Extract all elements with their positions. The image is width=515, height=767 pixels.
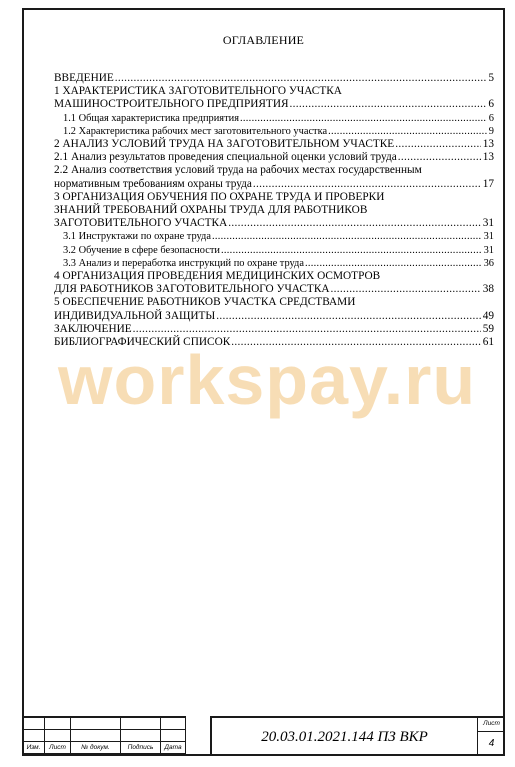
toc-entry-title: 3.1 Инструктажи по охране труда [63, 230, 211, 243]
toc-entry-title: ДЛЯ РАБОТНИКОВ ЗАГОТОВИТЕЛЬНОГО УЧАСТКА [54, 283, 330, 296]
col-change-label: Изм. [23, 741, 45, 753]
col-signature-label: Подпись [121, 741, 161, 753]
dot-leader [305, 257, 482, 270]
toc-entry-ch2-2[interactable]: нормативным требованиям охраны труда17 [54, 178, 494, 191]
toc-page-number: 6 [489, 112, 494, 125]
sheet-number: 4 [478, 732, 505, 756]
dot-leader [328, 125, 487, 138]
toc-page-number: 6 [488, 98, 494, 111]
page-frame: ОГЛАВЛЕНИЕ ВВЕДЕНИЕ51 ХАРАКТЕРИСТИКА ЗАГ… [22, 8, 505, 756]
toc-entry-line: 3 ОРГАНИЗАЦИЯ ОБУЧЕНИЯ ПО ОХРАНЕ ТРУДА И… [54, 191, 494, 204]
col-date-label: Дата [161, 741, 186, 753]
toc-entry-ch5[interactable]: ИНДИВИДУАЛЬНОЙ ЗАЩИТЫ49 [54, 310, 494, 323]
toc-page-number: 59 [483, 323, 494, 336]
sheet-label: Лист [478, 718, 505, 732]
toc-entry-title: 1.2 Характеристика рабочих мест заготови… [63, 125, 327, 138]
dot-leader [221, 244, 482, 257]
dot-leader [212, 230, 482, 243]
toc-page-number: 49 [483, 310, 494, 323]
toc-entry-title: 1.1 Общая характеристика предприятия [63, 112, 239, 125]
toc-entry-title: БИБЛИОГРАФИЧЕСКИЙ СПИСОК [54, 336, 230, 349]
document-code: 20.03.01.2021.144 ПЗ ВКР [210, 716, 477, 756]
toc-page-number: 13 [483, 151, 494, 164]
toc-entry-ch4[interactable]: ДЛЯ РАБОТНИКОВ ЗАГОТОВИТЕЛЬНОГО УЧАСТКА3… [54, 283, 494, 296]
toc-entry-intro[interactable]: ВВЕДЕНИЕ5 [54, 72, 494, 85]
revision-table: Изм. Лист № докум. Подпись Дата [22, 716, 186, 754]
toc-page-number: 31 [484, 244, 494, 257]
toc-entry-ch3-2[interactable]: 3.2 Обучение в сфере безопасности31 [54, 244, 494, 257]
toc-page-number: 31 [483, 217, 494, 230]
dot-leader [395, 138, 480, 151]
toc-entry-line: 1 ХАРАКТЕРИСТИКА ЗАГОТОВИТЕЛЬНОГО УЧАСТК… [54, 85, 494, 98]
toc-page-number: 61 [483, 336, 494, 349]
toc-entry-line: ЗНАНИЙ ТРЕБОВАНИЙ ОХРАНЫ ТРУДА ДЛЯ РАБОТ… [54, 204, 494, 217]
toc-page-number: 38 [483, 283, 494, 296]
toc-entry-title: 3.2 Обучение в сфере безопасности [63, 244, 220, 257]
toc-entry-title: 3.3 Анализ и переработка инструкций по о… [63, 257, 304, 270]
dot-leader [253, 178, 481, 191]
toc-entry-title: ЗАГОТОВИТЕЛЬНОГО УЧАСТКА [54, 217, 227, 230]
toc-entry-title: ИНДИВИДУАЛЬНОЙ ЗАЩИТЫ [54, 310, 215, 323]
toc-entry-line: 4 ОРГАНИЗАЦИЯ ПРОВЕДЕНИЯ МЕДИЦИНСКИХ ОСМ… [54, 270, 494, 283]
dot-leader [398, 151, 481, 164]
sheet-box: Лист 4 [477, 716, 505, 756]
table-of-contents: ВВЕДЕНИЕ51 ХАРАКТЕРИСТИКА ЗАГОТОВИТЕЛЬНО… [54, 72, 494, 349]
toc-entry-ch2-1[interactable]: 2.1 Анализ результатов проведения специа… [54, 151, 494, 164]
toc-page-number: 17 [483, 178, 494, 191]
dot-leader [231, 336, 480, 349]
toc-entry-title: ВВЕДЕНИЕ [54, 72, 114, 85]
toc-title: ОГЛАВЛЕНИЕ [24, 33, 503, 48]
title-block: Изм. Лист № докум. Подпись Дата 20.03.01… [22, 716, 505, 756]
toc-entry-title: 2 АНАЛИЗ УСЛОВИЙ ТРУДА НА ЗАГОТОВИТЕЛЬНО… [54, 138, 394, 151]
dot-leader [240, 112, 487, 125]
toc-entry-title: ЗАКЛЮЧЕНИЕ [54, 323, 132, 336]
toc-entry-title: 2.1 Анализ результатов проведения специа… [54, 151, 397, 164]
dot-leader [133, 323, 481, 336]
toc-entry-ch1[interactable]: МАШИНОСТРОИТЕЛЬНОГО ПРЕДПРИЯТИЯ6 [54, 98, 494, 111]
toc-page-number: 5 [488, 72, 494, 85]
toc-entry-ch1-1[interactable]: 1.1 Общая характеристика предприятия6 [54, 112, 494, 125]
col-docnum-label: № докум. [71, 741, 121, 753]
toc-entry-ch3-3[interactable]: 3.3 Анализ и переработка инструкций по о… [54, 257, 494, 270]
toc-page-number: 36 [484, 257, 494, 270]
toc-entry-line: 5 ОБЕСПЕЧЕНИЕ РАБОТНИКОВ УЧАСТКА СРЕДСТВ… [54, 296, 494, 309]
toc-entry-line: 2.2 Анализ соответствия условий труда на… [54, 164, 494, 177]
dot-leader [216, 310, 480, 323]
toc-entry-ch3[interactable]: ЗАГОТОВИТЕЛЬНОГО УЧАСТКА31 [54, 217, 494, 230]
dot-leader [115, 72, 487, 85]
toc-entry-bibliography[interactable]: БИБЛИОГРАФИЧЕСКИЙ СПИСОК61 [54, 336, 494, 349]
toc-entry-ch3-1[interactable]: 3.1 Инструктажи по охране труда31 [54, 230, 494, 243]
toc-entry-ch2[interactable]: 2 АНАЛИЗ УСЛОВИЙ ТРУДА НА ЗАГОТОВИТЕЛЬНО… [54, 138, 494, 151]
dot-leader [331, 283, 481, 296]
toc-entry-ch1-2[interactable]: 1.2 Характеристика рабочих мест заготови… [54, 125, 494, 138]
dot-leader [228, 217, 480, 230]
toc-entry-conclusion[interactable]: ЗАКЛЮЧЕНИЕ59 [54, 323, 494, 336]
col-sheet-label: Лист [45, 741, 71, 753]
toc-page-number: 13 [483, 138, 494, 151]
toc-page-number: 31 [484, 230, 494, 243]
toc-entry-title: МАШИНОСТРОИТЕЛЬНОГО ПРЕДПРИЯТИЯ [54, 98, 289, 111]
toc-page-number: 9 [489, 125, 494, 138]
toc-entry-title: нормативным требованиям охраны труда [54, 178, 252, 191]
dot-leader [290, 98, 487, 111]
